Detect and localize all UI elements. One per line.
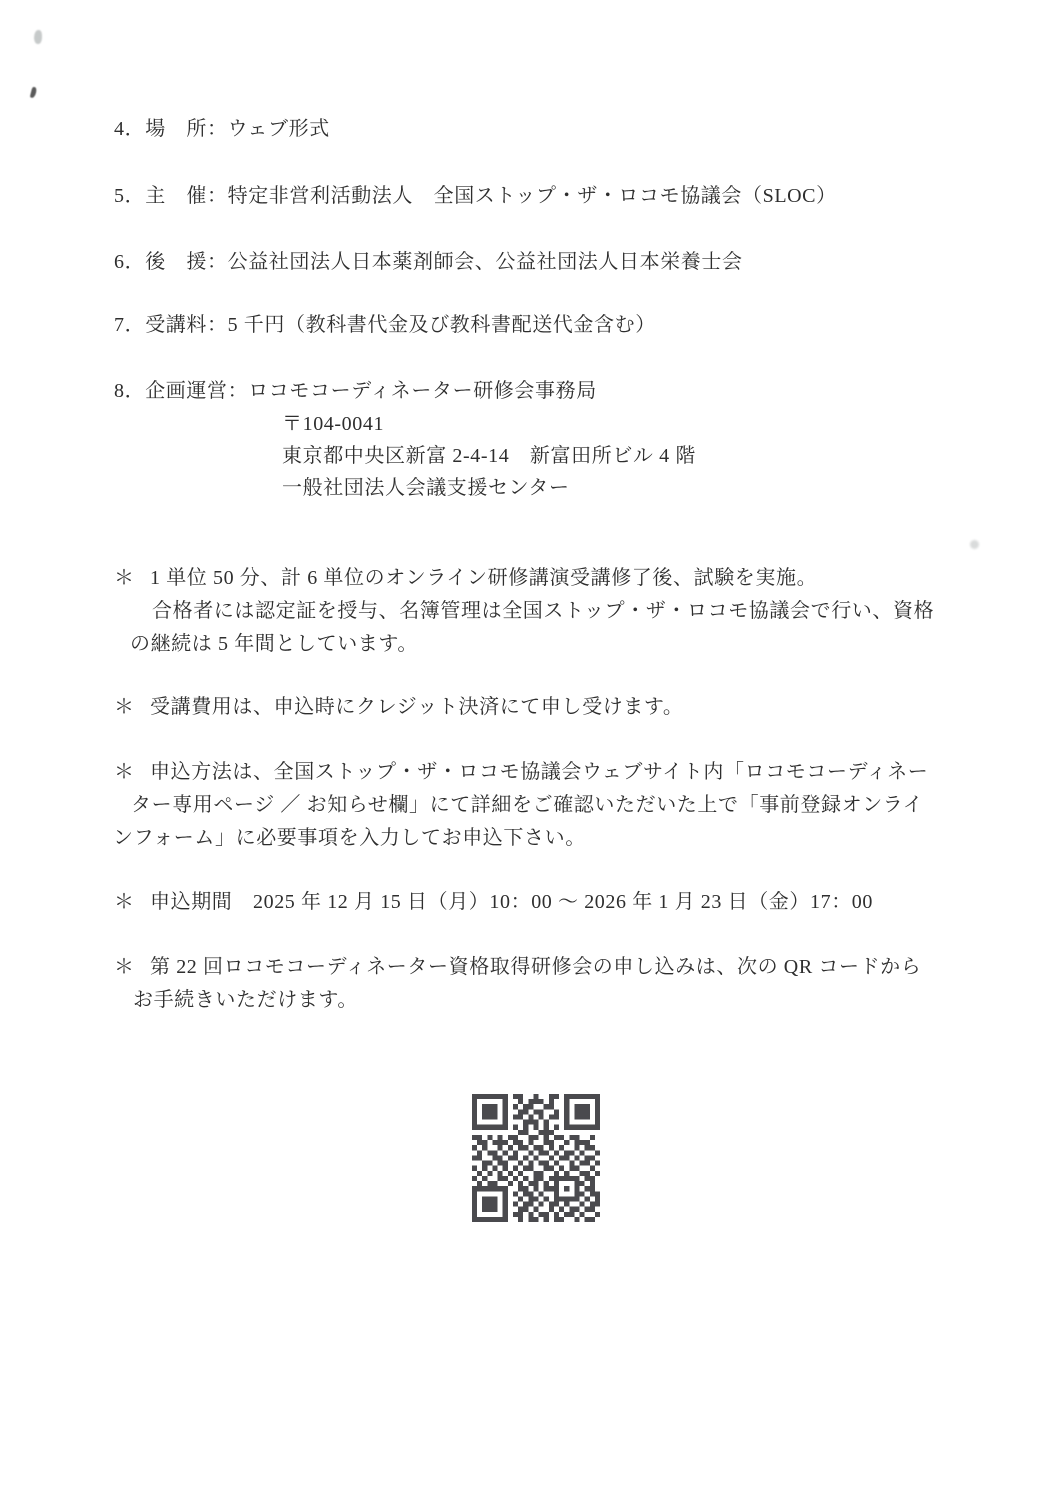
asterisk-marker: ＊ [114,760,150,784]
postal-code: 〒104-0041 [282,412,384,436]
note-exam: ＊1 単位 50 分、計 6 単位のオンライン研修講演受講修了後、試験を実施。 [114,566,817,590]
street-address: 東京都中央区新富 2-4-14 新富田所ビル 4 階 [282,444,696,468]
list-item-7-fee: 7．受講料：5 千円（教科書代金及び教科書配送代金含む） [114,313,656,337]
note-application-method-continuation: ンフォーム」に必要事項を入力してお申込下さい。 [113,826,586,850]
note-application-method: ＊申込方法は、全国ストップ・ザ・ロコモ協議会ウェブサイト内「ロコモコーディネー [114,760,928,784]
organization-name: 一般社団法人会議支援センター [282,476,570,500]
note-exam-continuation: の継続は 5 年間としています。 [130,632,418,656]
note-exam-continuation: 合格者には認定証を授与、名簿管理は全国ストップ・ザ・ロコモ協議会で行い、資格 [152,599,934,623]
qr-code [472,1094,600,1222]
note-text: 1 単位 50 分、計 6 単位のオンライン研修講演受講修了後、試験を実施。 [150,566,817,590]
scanned-document-page: 4．場 所：ウェブ形式 5．主 催：特定非営利活動法人 全国ストップ・ザ・ロコモ… [0,0,1061,1500]
note-qr-instructions-continuation: お手続きいただけます。 [133,988,358,1012]
note-payment: ＊受講費用は、申込時にクレジット決済にて申し受けます。 [114,695,684,719]
list-item-8-management: 8．企画運営：ロコモコーディネーター研修会事務局 [114,379,597,403]
asterisk-marker: ＊ [114,955,150,979]
list-item-5-organizer: 5．主 催：特定非営利活動法人 全国ストップ・ザ・ロコモ協議会（SLOC） [114,184,837,208]
note-application-method-continuation: ター専用ページ ／ お知らせ欄」にて詳細をご確認いただいた上で「事前登録オンライ [131,793,923,817]
scan-artifact [30,87,38,99]
scan-artifact [34,30,42,44]
note-text: 受講費用は、申込時にクレジット決済にて申し受けます。 [150,695,684,719]
list-item-6-sponsor: 6．後 援：公益社団法人日本薬剤師会、公益社団法人日本栄養士会 [114,250,743,274]
asterisk-marker: ＊ [114,695,150,719]
note-qr-instructions: ＊第 22 回ロコモコーディネーター資格取得研修会の申し込みは、次の QR コー… [114,955,921,979]
note-text: 申込方法は、全国ストップ・ザ・ロコモ協議会ウェブサイト内「ロコモコーディネー [150,760,928,784]
asterisk-marker: ＊ [114,890,150,914]
list-item-4-venue: 4．場 所：ウェブ形式 [114,117,330,141]
scan-artifact [970,540,979,549]
note-text: 第 22 回ロコモコーディネーター資格取得研修会の申し込みは、次の QR コード… [150,955,921,979]
asterisk-marker: ＊ [114,566,150,590]
note-application-period: ＊申込期間 2025 年 12 月 15 日（月）10：00 ～ 2026 年 … [114,890,873,914]
note-text: 申込期間 2025 年 12 月 15 日（月）10：00 ～ 2026 年 1… [150,890,873,914]
